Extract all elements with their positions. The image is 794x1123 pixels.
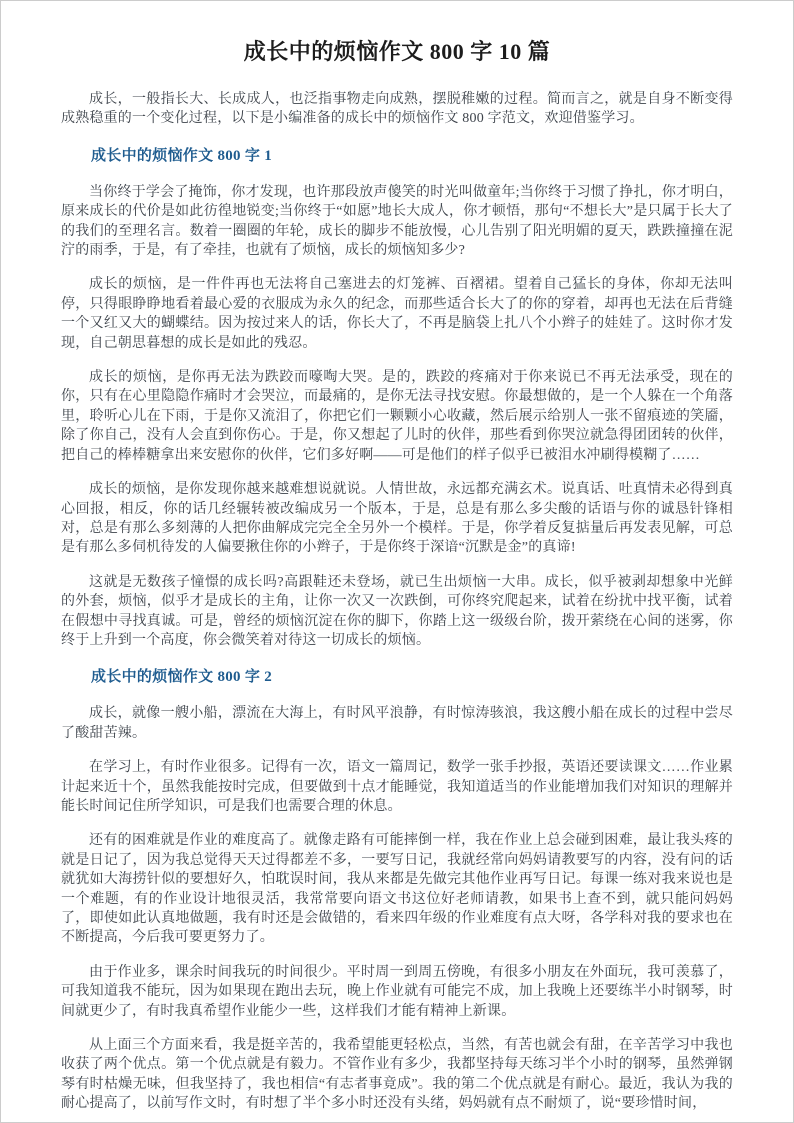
essay-paragraph: 成长的烦恼，是你再无法为跌跤而嚎啕大哭。是的，跌跤的疼痛对于你来说已不再无法承受… — [61, 368, 733, 465]
document-title: 成长中的烦恼作文 800 字 10 篇 — [61, 35, 733, 66]
essay-paragraph: 还有的困难就是作业的难度高了。就像走路有可能摔倒一样，我在作业上总会碰到困难，最… — [61, 831, 733, 947]
essay-paragraph: 成长的烦恼，是一件件再也无法将自己塞进去的灯笼裤、百褶裙。望着自己猛长的身体，你… — [61, 275, 733, 353]
essay-paragraph: 这就是无数孩子憧憬的成长吗?高跟鞋还未登场，就已生出烦恼一大串。成长，似乎被剥却… — [61, 573, 733, 651]
document-page: 成长中的烦恼作文 800 字 10 篇 成长，一般指长大、长成成人，也泛指事物走… — [0, 0, 794, 1123]
section-heading-2: 成长中的烦恼作文 800 字 2 — [61, 665, 733, 686]
intro-paragraph: 成长，一般指长大、长成成人，也泛指事物走向成熟，摆脱稚嫩的过程。简而言之，就是自… — [61, 90, 733, 129]
section-heading-1: 成长中的烦恼作文 800 字 1 — [61, 144, 733, 165]
essay-paragraph: 从上面三个方面来看，我是挺辛苦的，我希望能更轻松点，当然，有苦也就会有甜，在辛苦… — [61, 1036, 733, 1114]
essay-paragraph: 成长，就像一艘小船，漂流在大海上，有时风平浪静，有时惊涛骇浪，我这艘小船在成长的… — [61, 704, 733, 743]
essay-paragraph: 成长的烦恼，是你发现你越来越难想说就说。人情世故，永远都充满玄术。说真话、吐真情… — [61, 480, 733, 558]
essay-paragraph: 当你终于学会了掩饰，你才发现，也许那段放声傻笑的时光叫做童年;当你终于习惯了挣扎… — [61, 183, 733, 261]
essay-paragraph: 由于作业多，课余时间我玩的时间很少。平时周一到周五傍晚，有很多小朋友在外面玩，我… — [61, 963, 733, 1021]
essay-paragraph: 在学习上，有时作业很多。记得有一次，语文一篇周记，数学一张手抄报，英语还要读课文… — [61, 758, 733, 816]
